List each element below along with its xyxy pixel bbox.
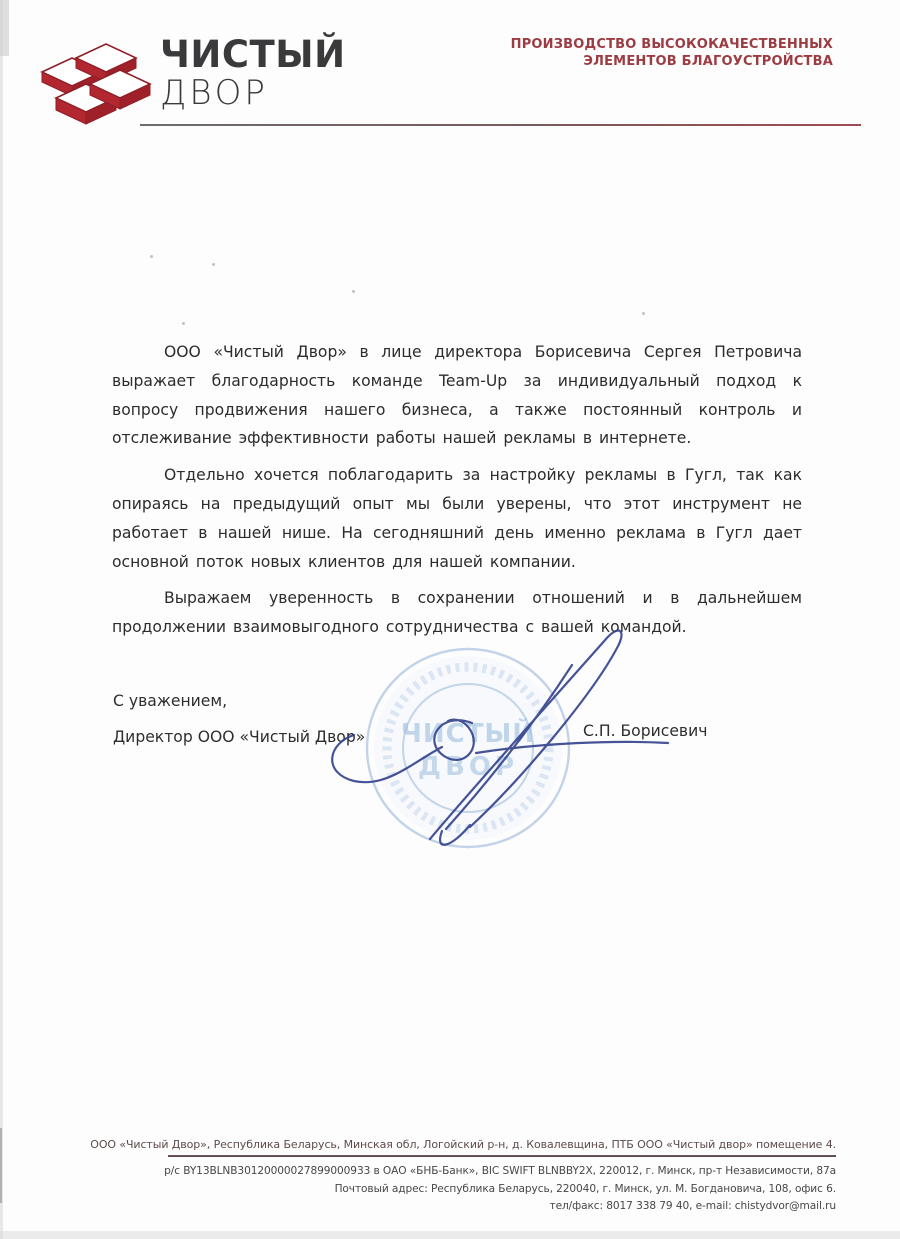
signer-name: С.П. Борисевич	[583, 722, 707, 740]
footer-postal-line: Почтовый адрес: Республика Беларусь, 220…	[0, 1181, 836, 1199]
scan-edge-left	[0, 0, 3, 1239]
paragraph-3: Выражаем уверенность в сохранении отноше…	[112, 584, 802, 642]
paragraph-2: Отдельно хочется поблагодарить за настро…	[112, 461, 802, 576]
brand-wordmark: ЧИСТЫЙ ДВОР	[160, 36, 346, 110]
paragraph-1: ООО «Чистый Двор» в лице директора Борис…	[112, 338, 802, 453]
scan-edge-bottom	[0, 1231, 900, 1239]
letter-page: ЧИСТЫЙ ДВОР ПРОИЗВОДСТВО ВЫСОКОКАЧЕСТВЕН…	[0, 0, 900, 1239]
scan-speck	[642, 312, 645, 315]
closing-regards: С уважением,	[113, 692, 227, 710]
stamp-center-line2: ДВОР	[418, 752, 518, 782]
letter-footer: ООО «Чистый Двор», Республика Беларусь, …	[0, 1138, 836, 1216]
scan-speck	[150, 255, 153, 258]
scan-speck	[212, 263, 215, 266]
paving-tiles-icon	[34, 36, 156, 132]
scan-corner-artifact	[0, 0, 9, 56]
scan-speck	[352, 290, 355, 293]
header-divider	[140, 124, 861, 126]
stamp-center-line1: ЧИСТЫЙ	[401, 717, 535, 749]
footer-bank-line: р/с BY13BLNB30120000027899000933 в ОАО «…	[0, 1163, 836, 1181]
brand-name-top: ЧИСТЫЙ	[160, 36, 346, 73]
footer-divider	[168, 1155, 836, 1157]
scan-speck	[182, 322, 185, 325]
company-tagline: ПРОИЗВОДСТВО ВЫСОКОКАЧЕСТВЕННЫХ ЭЛЕМЕНТО…	[511, 36, 833, 70]
brand-name-bottom: ДВОР	[160, 76, 346, 110]
footer-address-line: ООО «Чистый Двор», Республика Беларусь, …	[0, 1138, 836, 1151]
tagline-line1: ПРОИЗВОДСТВО ВЫСОКОКАЧЕСТВЕННЫХ	[511, 36, 833, 53]
round-stamp: ЧИСТЫЙ ДВОР	[367, 649, 569, 847]
letter-body: ООО «Чистый Двор» в лице директора Борис…	[112, 338, 802, 650]
footer-contacts-line: тел/факс: 8017 338 79 40, e-mail: chisty…	[0, 1198, 836, 1216]
tagline-line2: ЭЛЕМЕНТОВ БЛАГОУСТРОЙСТВА	[511, 53, 833, 70]
signer-title: Директор ООО «Чистый Двор»	[113, 728, 365, 746]
